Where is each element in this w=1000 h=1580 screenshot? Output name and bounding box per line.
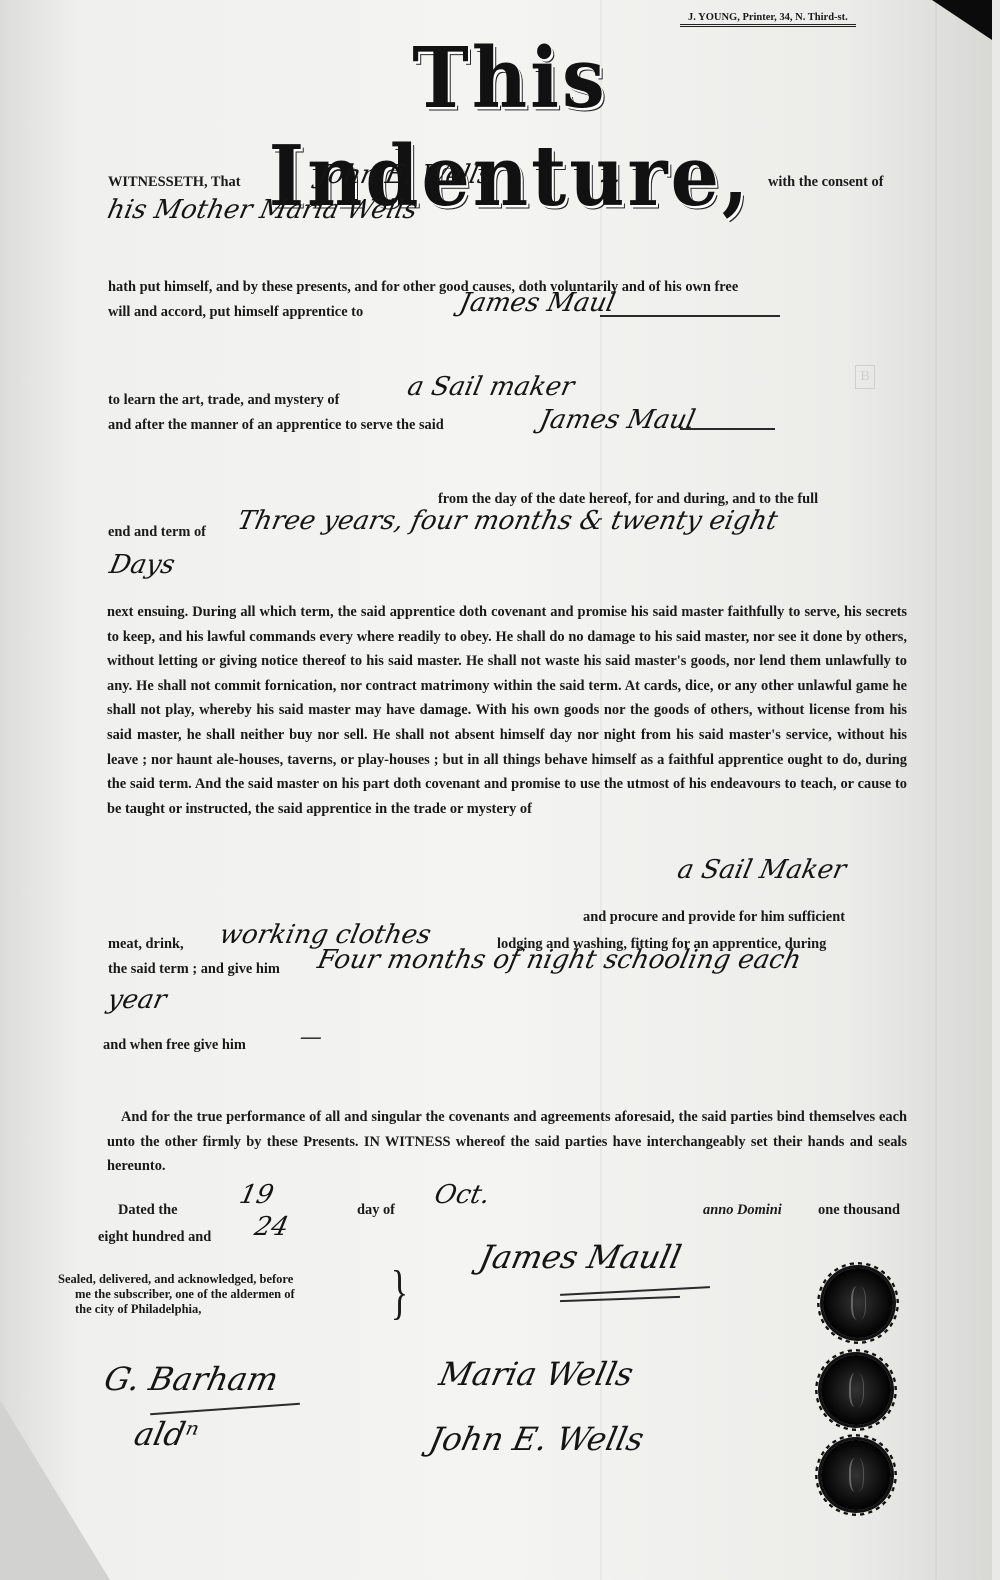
apprentice-to-label: will and accord, put himself apprentice …	[108, 300, 363, 325]
alderman-signature: G. Barham	[101, 1360, 282, 1398]
alderman-title: aldⁿ	[131, 1415, 202, 1453]
give-handwritten: Four months of night schooling each	[315, 945, 804, 975]
signature-flourish	[560, 1296, 680, 1302]
fold-line	[935, 0, 937, 1580]
term-handwritten-2: Days	[107, 550, 178, 580]
covenants-paragraph: next ensuing. During all which term, the…	[107, 600, 907, 821]
anno-domini-label: anno Domini	[703, 1198, 782, 1223]
master-name-handwritten-2: James Maul	[537, 405, 698, 435]
one-thousand-label: one thousand	[818, 1198, 900, 1223]
mother-signature: Maria Wells	[436, 1355, 637, 1393]
eight-hundred-label: eight hundred and	[98, 1225, 211, 1250]
consent-handwritten: his Mother Maria Wells	[105, 195, 420, 225]
term-handwritten: Three years, four months & twenty eight	[235, 506, 781, 536]
fill-line	[680, 428, 775, 430]
printer-imprint: J. YOUNG, Printer, 34, N. Third-st.	[680, 12, 856, 27]
serve-label: and after the manner of an apprentice to…	[108, 413, 444, 438]
meat-drink-label: meat, drink,	[108, 932, 184, 957]
folded-corner	[0, 1400, 110, 1580]
faint-stamp: B	[855, 365, 875, 389]
give-handwritten-2: year	[105, 985, 169, 1015]
fill-line	[600, 315, 780, 317]
trade-taught-handwritten: a Sail Maker	[675, 855, 849, 885]
master-name-handwritten: James Maul	[457, 288, 618, 318]
trade-handwritten: a Sail maker	[405, 372, 577, 402]
wax-seal	[821, 1440, 891, 1510]
sealed-note-line-3: the city of Philadelphia,	[75, 1302, 201, 1317]
apprentice-name-handwritten: John E. Wells	[315, 160, 495, 190]
give-him-label: the said term ; and give him	[108, 957, 280, 982]
trade-label: to learn the art, trade, and mystery of	[108, 388, 339, 413]
wax-seal	[821, 1355, 891, 1425]
provide-line: and procure and provide for him sufficie…	[583, 905, 845, 930]
brace: }	[391, 1262, 408, 1322]
day-handwritten: 19	[237, 1180, 276, 1210]
wax-seal	[823, 1268, 893, 1338]
sealed-note-line-2: me the subscriber, one of the aldermen o…	[75, 1287, 295, 1302]
sealed-note-line-1: Sealed, delivered, and acknowledged, bef…	[58, 1272, 293, 1287]
witnesseth-label: WITNESSETH, That	[108, 170, 241, 195]
signature-flourish	[150, 1403, 300, 1415]
performance-paragraph: And for the true performance of all and …	[107, 1105, 907, 1179]
day-of-label: day of	[357, 1198, 395, 1223]
torn-corner	[932, 0, 992, 40]
indenture-page: J. YOUNG, Printer, 34, N. Third-st. This…	[0, 0, 992, 1580]
month-handwritten: Oct.	[432, 1180, 493, 1210]
when-free-handwritten: —	[297, 1025, 324, 1050]
consent-label: with the consent of	[768, 170, 884, 195]
when-free-label: and when free give him	[103, 1033, 246, 1058]
apprentice-signature: John E. Wells	[426, 1420, 647, 1458]
year-handwritten: 24	[252, 1212, 291, 1242]
master-signature: James Maull	[476, 1238, 685, 1276]
signature-flourish	[560, 1286, 710, 1295]
dated-label: Dated the	[118, 1198, 178, 1223]
term-label: end and term of	[108, 520, 206, 545]
